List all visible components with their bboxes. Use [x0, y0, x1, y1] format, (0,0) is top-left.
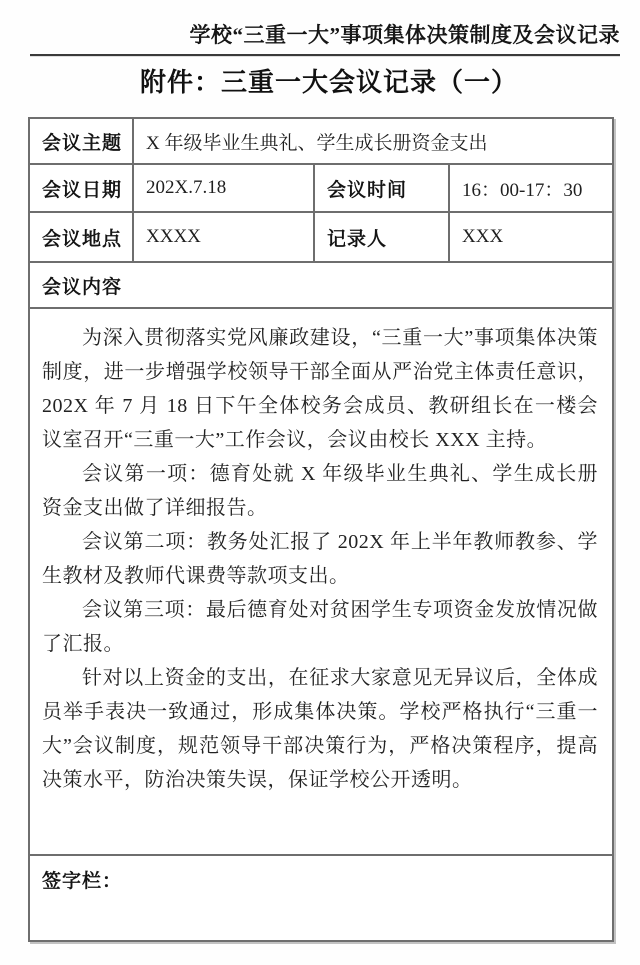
table-row-content: 为深入贯彻落实党风廉政建设，“三重一大”事项集体决策制度，进一步增强学校领导干部…: [29, 308, 613, 855]
document-header: 学校“三重一大”事项集体决策制度及会议记录 附件：三重一大会议记录（一）: [0, 0, 640, 100]
table-row-signature: 签字栏：: [29, 855, 613, 941]
meeting-recorder-label: 记录人: [314, 212, 449, 262]
meeting-date-label: 会议日期: [29, 164, 133, 212]
meeting-date-value: 202X.7.18: [133, 164, 314, 212]
meeting-recorder-value: XXX: [449, 212, 613, 262]
content-paragraph: 为深入贯彻落实党风廉政建设，“三重一大”事项集体决策制度，进一步增强学校领导干部…: [42, 321, 598, 457]
table-row-datetime: 会议日期 202X.7.18 会议时间 16：00-17：30: [29, 164, 613, 212]
document-page: 学校“三重一大”事项集体决策制度及会议记录 附件：三重一大会议记录（一） 会议主…: [0, 0, 640, 965]
content-paragraph: 针对以上资金的支出，在征求大家意见无异议后，全体成员举手表决一致通过，形成集体决…: [42, 661, 598, 797]
content-paragraph: 会议第一项：德育处就 X 年级毕业生典礼、学生成长册资金支出做了详细报告。: [42, 457, 598, 525]
meeting-subject-label: 会议主题: [29, 118, 133, 164]
table-row-content-label: 会议内容: [29, 262, 613, 308]
meeting-time-label: 会议时间: [314, 164, 449, 212]
table-row-place: 会议地点 XXXX 记录人 XXX: [29, 212, 613, 262]
signature-label: 签字栏：: [29, 855, 613, 941]
content-paragraph: 会议第二项：教务处汇报了 202X 年上半年教师教参、学生教材及教师代课费等款项…: [42, 525, 598, 593]
table-row-subject: 会议主题 X 年级毕业生典礼、学生成长册资金支出: [29, 118, 613, 164]
meeting-location-label: 会议地点: [29, 212, 133, 262]
meeting-location-value: XXXX: [133, 212, 314, 262]
meeting-record-table: 会议主题 X 年级毕业生典礼、学生成长册资金支出 会议日期 202X.7.18 …: [28, 117, 614, 942]
meeting-subject-value: X 年级毕业生典礼、学生成长册资金支出: [133, 118, 613, 164]
meeting-content-label: 会议内容: [29, 262, 613, 308]
running-header-text: 学校“三重一大”事项集体决策制度及会议记录: [0, 22, 640, 48]
meeting-time-value: 16：00-17：30: [449, 164, 613, 212]
page-title: 附件：三重一大会议记录（一）: [0, 56, 640, 100]
content-paragraph: 会议第三项：最后德育处对贫困学生专项资金发放情况做了汇报。: [42, 593, 598, 661]
meeting-content-cell: 为深入贯彻落实党风廉政建设，“三重一大”事项集体决策制度，进一步增强学校领导干部…: [29, 308, 613, 855]
